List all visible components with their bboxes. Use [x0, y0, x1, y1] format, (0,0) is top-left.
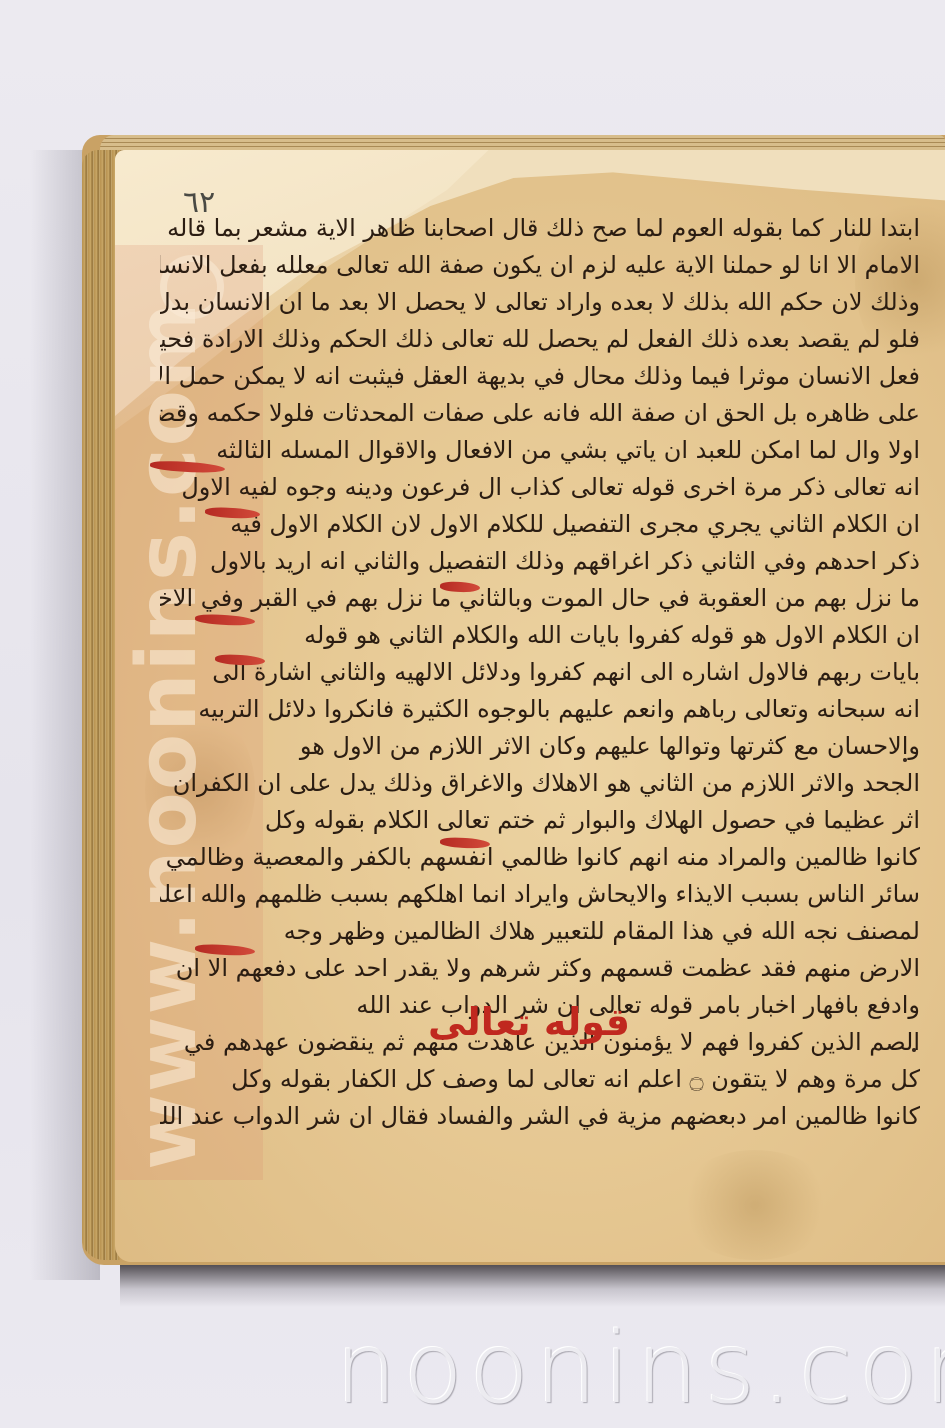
text-line: وذلك لان حكم الله بذلك لا بعده واراد تعا… — [160, 284, 920, 321]
text-line: الامام الا انا لو حملنا الاية عليه لزم ا… — [160, 247, 920, 284]
watermark-bottom-text: noonins.com — [335, 1312, 945, 1426]
text-line: ما نزل بهم من العقوبة في حال الموت وبالث… — [160, 580, 920, 617]
text-line: ذكر احدهم وفي الثاني ذكر اغراقهم وذلك ال… — [160, 543, 920, 580]
text-line: سائر الناس بسبب الايذاء والايحاش وايراد … — [160, 876, 920, 913]
text-line: لمصنف نجه الله في هذا المقام للتعبير هلا… — [160, 913, 920, 950]
text-line: والاحسان مع كثرتها وتوالها عليهم وكان ال… — [160, 728, 920, 765]
text-line: ان الكلام الثاني يجري مجرى التفصيل للكلا… — [160, 506, 920, 543]
text-line: كل مرة وهم لا يتقون ۝ اعلم انه تعالى لما… — [160, 1061, 920, 1098]
text-line: على ظاهره بل الحق ان صفة الله فانه على ص… — [160, 395, 920, 432]
text-line: فعل الانسان موثرا فيما وذلك محال في بديه… — [160, 358, 920, 395]
book-shadow-bottom — [120, 1262, 945, 1307]
text-line: ابتدا للنار كما بقوله العوم لما صح ذلك ق… — [160, 210, 920, 247]
text-line: الجحد والاثر اللازم من الثاني هو الاهلاك… — [160, 765, 920, 802]
text-line: اثر عظيما في حصول الهلاك والبوار ثم ختم … — [160, 802, 920, 839]
ink-dot — [903, 758, 907, 762]
text-line: انه تعالى ذكر مرة اخرى قوله تعالى كذاب ا… — [160, 469, 920, 506]
text-line: الارض منهم فقد عظمت قسمهم وكثر شرهم ولا … — [160, 950, 920, 987]
text-line: كانوا ظالمين امر دبعضهم مزية في الشر وال… — [160, 1098, 920, 1135]
text-line: انه سبحانه وتعالى رباهم وانعم عليهم بالو… — [160, 691, 920, 728]
text-line: فلو لم يقصد بعده ذلك الفعل لم يحصل لله ت… — [160, 321, 920, 358]
text-line: اولا وال لما امكن للعبد ان ياتي بشي من ا… — [160, 432, 920, 469]
paper-stain — [675, 1150, 835, 1260]
manuscript-text-block: ابتدا للنار كما بقوله العوم لما صح ذلك ق… — [160, 210, 920, 1135]
rubric-heading: قوله تعالى — [428, 1000, 630, 1044]
text-line: كانوا ظالمين والمراد منه انهم كانوا ظالم… — [160, 839, 920, 876]
text-line: بايات ربهم فالاول اشاره الى انهم كفروا و… — [160, 654, 920, 691]
text-line: ان الكلام الاول هو قوله كفروا بايات الله… — [160, 617, 920, 654]
ink-dot — [912, 1048, 916, 1052]
